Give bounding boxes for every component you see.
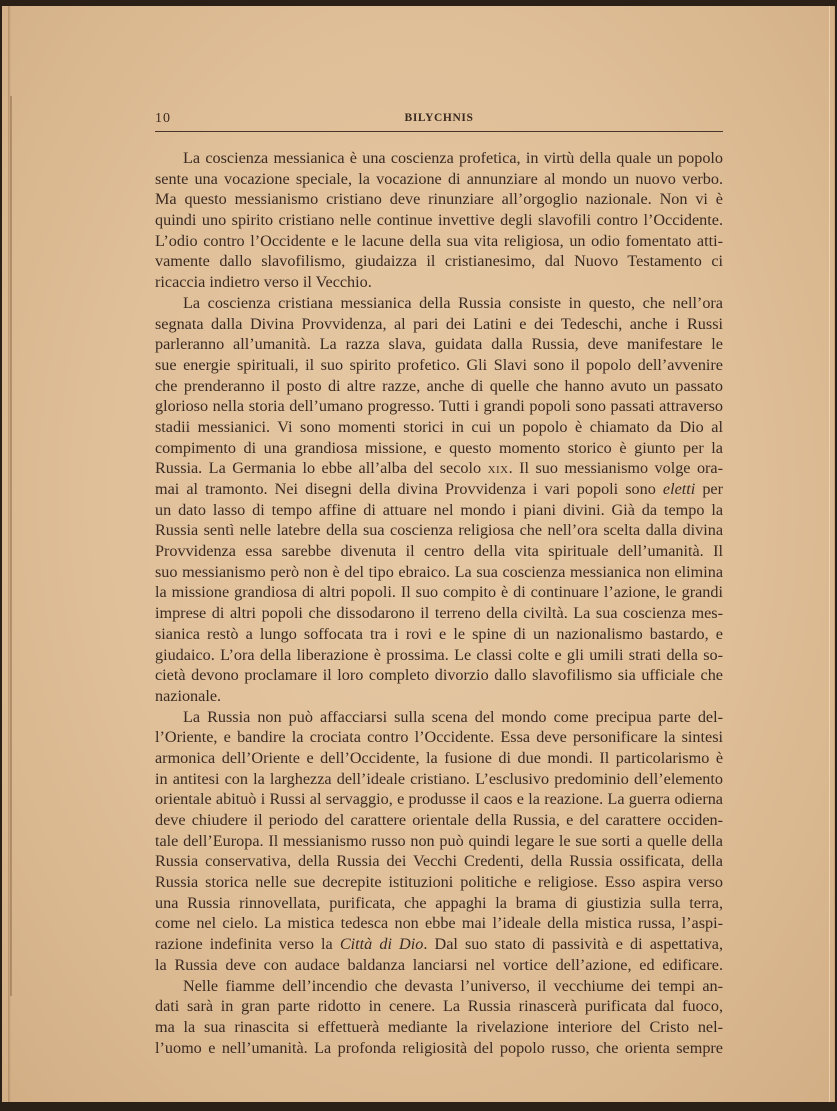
- text-line: un dato lasso di tempo affine di attuare…: [155, 500, 723, 521]
- text-segment: razione indefinita verso la: [155, 935, 340, 953]
- text-line: l’Oriente, e bandire la crociata contro …: [155, 727, 723, 748]
- text-line: stadii messianici. Vi sono momenti stori…: [155, 417, 723, 438]
- body-text: La coscienza messianica è una coscienza …: [155, 148, 723, 1058]
- text-segment: . Il suo messianismo volge ora-: [509, 459, 723, 477]
- text-line: l’uomo e nell’umanità. La profonda relig…: [155, 1038, 723, 1059]
- text-line: compimento di una grandiosa missione, e …: [155, 438, 723, 459]
- text-segment: . Dal suo stato di passività e di aspett…: [423, 935, 723, 953]
- text-line: Russia. La Germania lo ebbe all’alba del…: [155, 458, 723, 479]
- running-header: 10 BILYCHNIS: [155, 111, 723, 131]
- text-line: che prenderanno il posto di altre razze,…: [155, 376, 723, 397]
- text-line: imprese di altri popoli che dissodarono …: [155, 603, 723, 624]
- text-segment: Russia. La Germania lo ebbe all’alba del…: [155, 459, 488, 477]
- text-line: parleranno all’umanità. La razza slava, …: [155, 334, 723, 355]
- italic-phrase: Città di Dio: [340, 935, 423, 953]
- text-line: deve chiudere il periodo del carattere o…: [155, 810, 723, 831]
- header-rule: [155, 131, 723, 132]
- text-line: dati sarà in gran parte ridotto in cener…: [155, 996, 723, 1017]
- text-line: ma la sua rinascita si effettuerà median…: [155, 1017, 723, 1038]
- text-line: razione indefinita verso la Città di Dio…: [155, 934, 723, 955]
- text-line: Russia storica nelle sue decrepite istit…: [155, 872, 723, 893]
- text-line: segnata dalla Divina Provvidenza, al par…: [155, 314, 723, 335]
- text-line: cietà devono proclamare il loro completo…: [155, 665, 723, 686]
- text-line: Nelle fiamme dell’incendio che devasta l…: [155, 976, 723, 997]
- text-line: orientale abituò i Russi al servaggio, e…: [155, 789, 723, 810]
- text-line: in antitesi con la larghezza dell’ideale…: [155, 769, 723, 790]
- roman-numeral: XIX: [488, 459, 509, 477]
- running-title: BILYCHNIS: [155, 112, 723, 124]
- text-line: giudaico. L’ora della liberazione è pros…: [155, 645, 723, 666]
- text-line: mai al tramonto. Nei disegni della divin…: [155, 479, 723, 500]
- text-line: Provvidenza essa sarebbe divenuta il cen…: [155, 541, 723, 562]
- text-line: la missione grandiosa di altri popoli. I…: [155, 582, 723, 603]
- text-line: Russia conservativa, della Russia dei Ve…: [155, 851, 723, 872]
- text-line: vamente dallo slavofilismo, giudaizza il…: [155, 251, 723, 272]
- text-line: glorioso nella storia dell’umano progres…: [155, 396, 723, 417]
- text-line: sue energie spirituali, il suo spirito p…: [155, 355, 723, 376]
- text-line: ricaccia indietro verso il Vecchio.: [155, 272, 723, 293]
- italic-word: eletti: [663, 480, 695, 498]
- text-segment: per: [695, 480, 723, 498]
- text-line: armonica dell’Oriente e dell’Occidente, …: [155, 748, 723, 769]
- text-line: tale dell’Europa. Il messianismo russo n…: [155, 831, 723, 852]
- text-segment: mai al tramonto. Nei disegni della divin…: [155, 480, 663, 498]
- text-line: sianica restò a lungo soffocata tra i ro…: [155, 624, 723, 645]
- text-line: una Russia rinnovellata, purificata, che…: [155, 893, 723, 914]
- text-line: Russia sentì nelle latebre della sua cos…: [155, 520, 723, 541]
- text-line: La coscienza messianica è una coscienza …: [155, 148, 723, 169]
- text-line: come nel cielo. La mistica tedesca non e…: [155, 913, 723, 934]
- text-line: La Russia non può affacciarsi sulla scen…: [155, 707, 723, 728]
- text-line: La coscienza cristiana messianica della …: [155, 293, 723, 314]
- text-line: suo messianismo però non è del tipo ebra…: [155, 562, 723, 583]
- text-line: quindi uno spirito cristiano nelle conti…: [155, 210, 723, 231]
- page-gutter-shadow: [10, 96, 12, 996]
- text-line: L’odio contro l’Occidente e le lacune de…: [155, 231, 723, 252]
- text-line: la Russia deve con audace baldanza lanci…: [155, 955, 723, 976]
- text-line: Ma questo messianismo cristiano deve rin…: [155, 189, 723, 210]
- page-edge: [829, 6, 830, 1102]
- text-line: sente una vocazione speciale, la vocazio…: [155, 169, 723, 190]
- text-line: nazionale.: [155, 686, 723, 707]
